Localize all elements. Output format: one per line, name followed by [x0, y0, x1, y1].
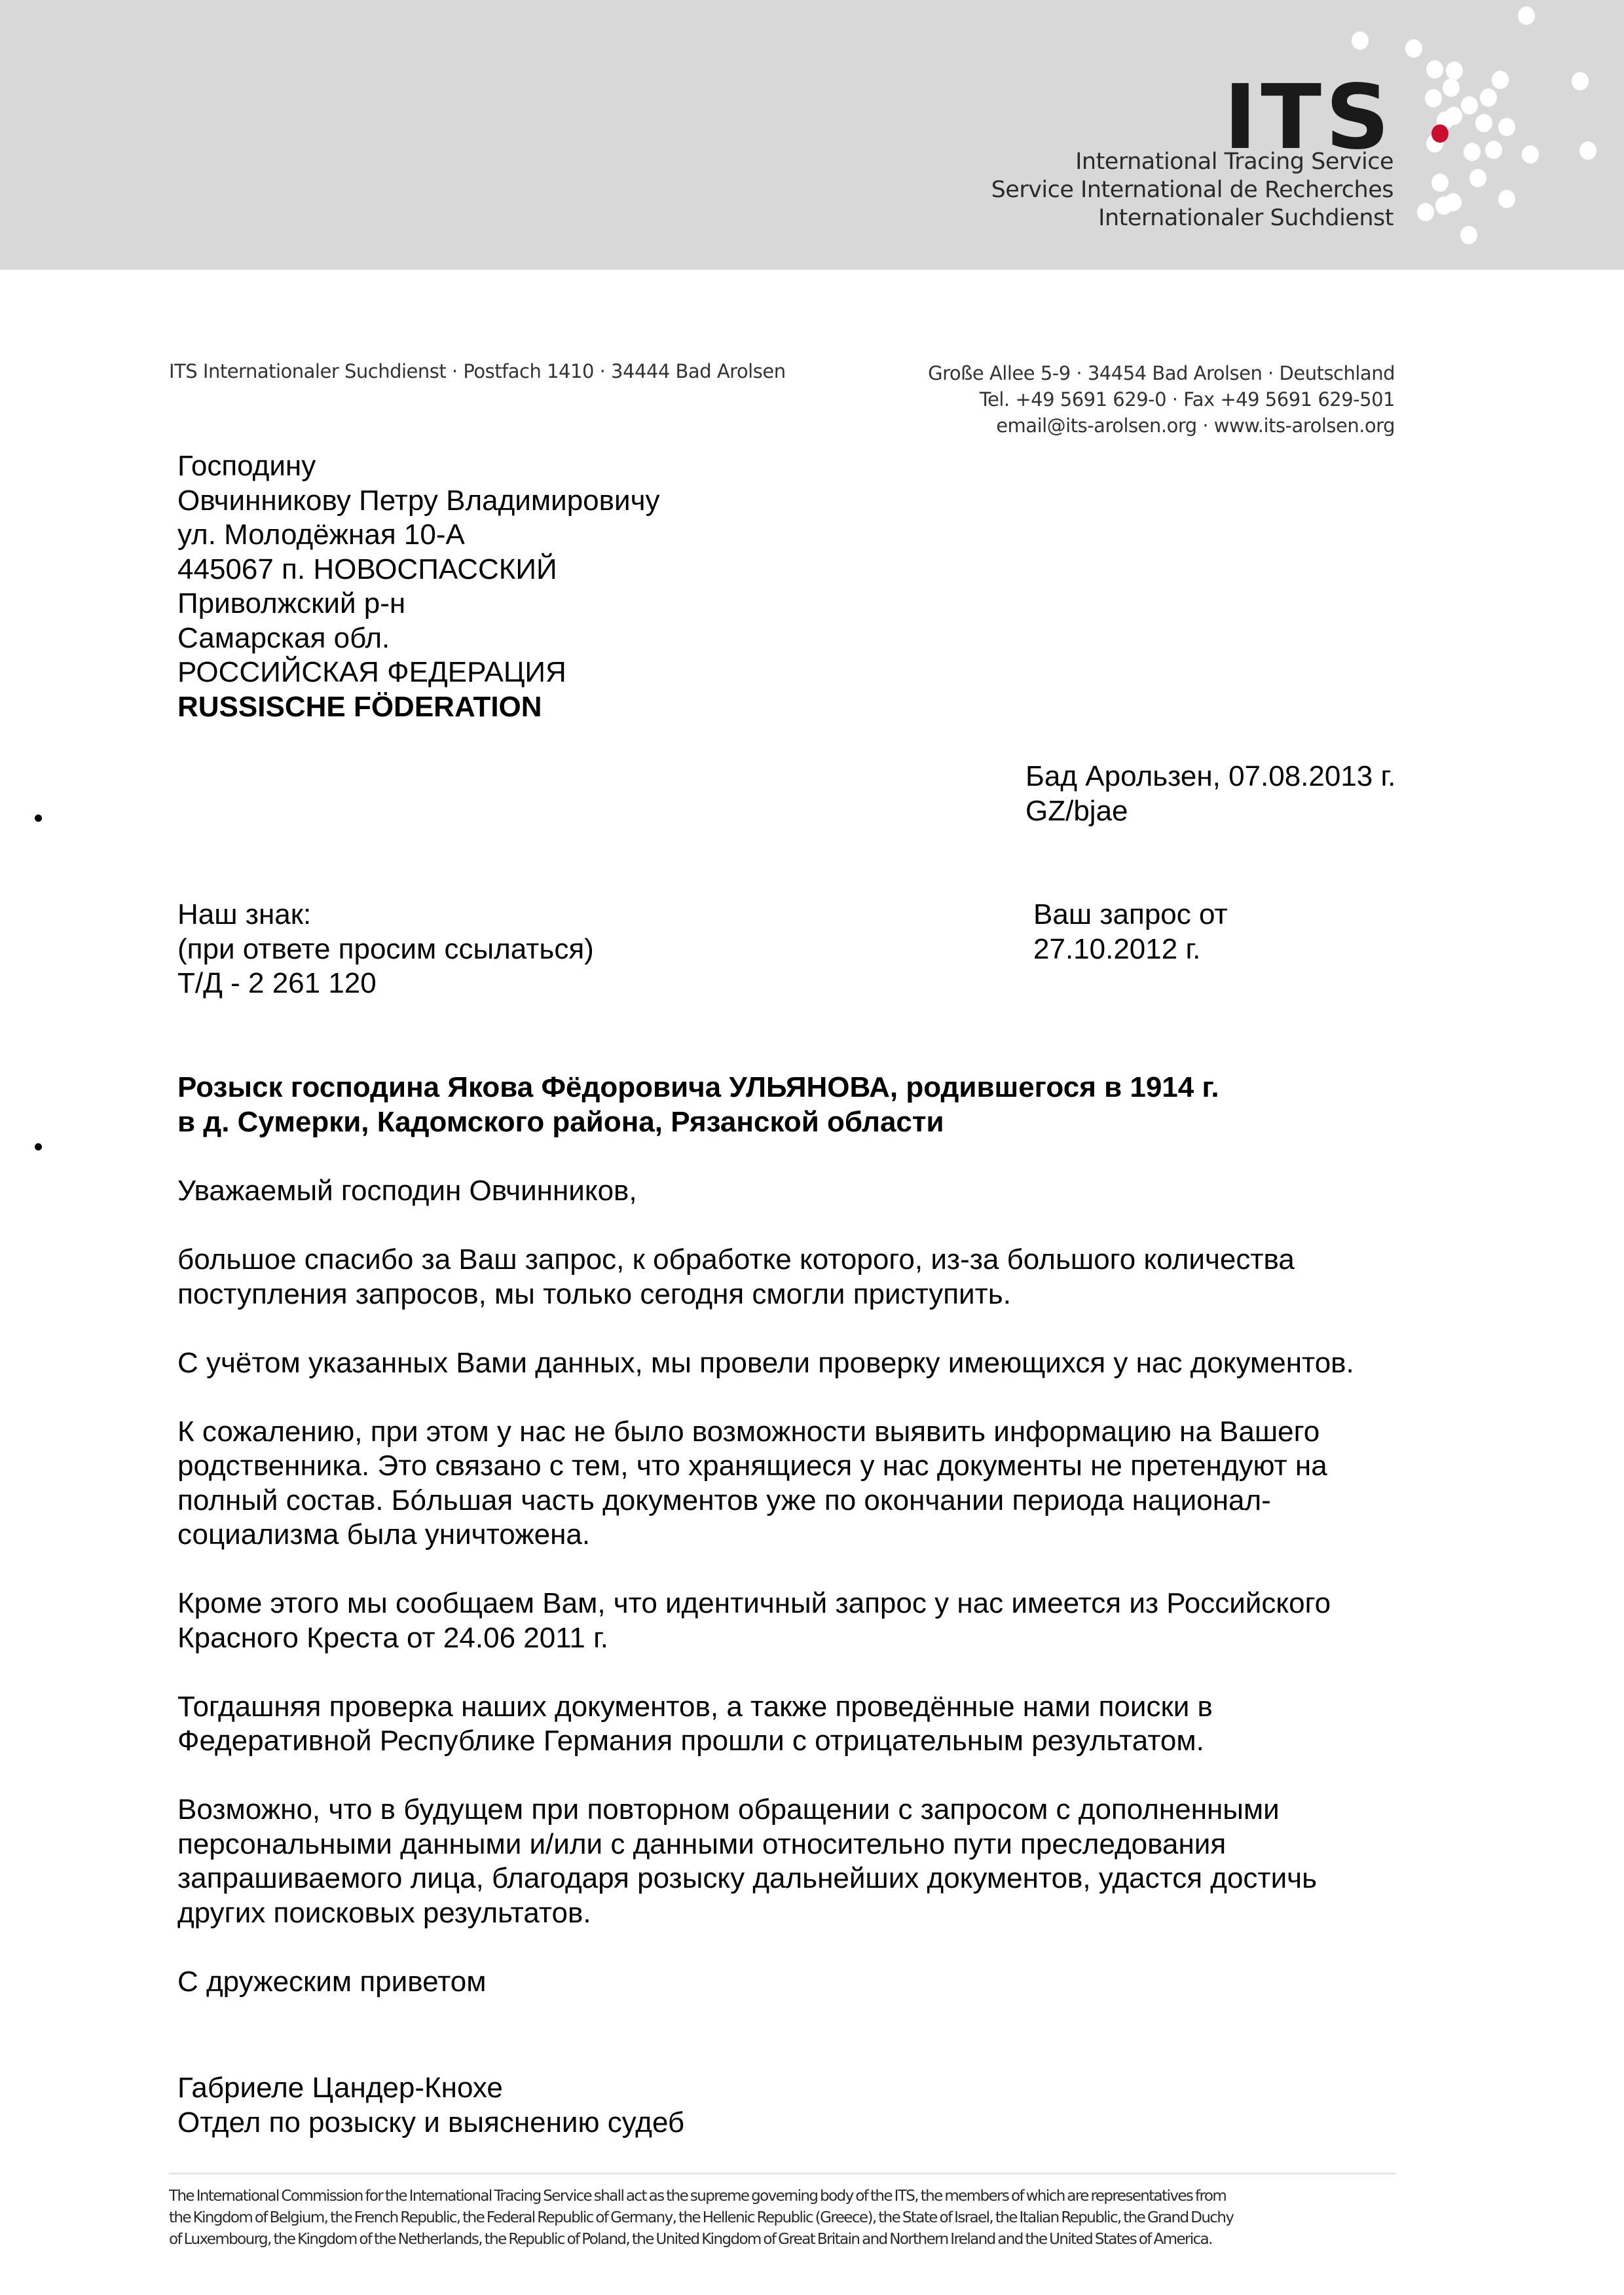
body-paragraph: Кроме этого мы сообщаем Вам, что идентич… — [177, 1587, 1422, 1655]
body-line: полный состав. Бóльшая часть документов … — [177, 1484, 1271, 1516]
sender-email-web: email@its-arolsen.org · www.its-arolsen.… — [928, 413, 1395, 439]
footer-divider — [169, 2173, 1396, 2175]
reference-initials: GZ/bjae — [1025, 794, 1395, 829]
logo-dot — [1572, 72, 1589, 90]
logo-dot — [1475, 114, 1492, 132]
subject-line: в д. Сумерки, Кадомского района, Рязанск… — [177, 1105, 1219, 1140]
margin-bullet-icon — [35, 815, 42, 822]
logo-dot — [1485, 141, 1502, 159]
your-reference-date: 27.10.2012 г. — [1033, 932, 1228, 967]
footer-legal-notice: The International Commission for the Int… — [169, 2186, 1396, 2250]
body-line: К сожалению, при этом у нас не было возм… — [177, 1416, 1319, 1448]
sender-contact: Große Allee 5-9 · 34454 Bad Arolsen · De… — [928, 360, 1395, 439]
org-name-de: Internationaler Suchdienst — [991, 204, 1393, 232]
body-line: персональными данными и/или с данными от… — [177, 1828, 1226, 1860]
our-reference-note: (при ответе просим ссылаться) — [177, 932, 594, 967]
logo-accent-dot — [1431, 124, 1449, 143]
logo-dot — [1461, 96, 1478, 115]
logo-dot — [1425, 89, 1442, 107]
recipient-line: ул. Молодёжная 10-А — [177, 518, 660, 553]
recipient-country: RUSSISCHE FÖDERATION — [177, 690, 660, 725]
body-paragraph: К сожалению, при этом у нас не было возм… — [177, 1415, 1422, 1552]
body-line: Федеративной Республике Германия прошли … — [177, 1725, 1204, 1757]
return-address: ITS Internationaler Suchdienst · Postfac… — [169, 360, 786, 382]
footer-line: of Luxembourg, the Kingdom of the Nether… — [169, 2229, 1396, 2250]
logo-dot — [1518, 7, 1535, 25]
body-line: Возможно, что в будущем при повторном об… — [177, 1793, 1280, 1826]
logo-dot — [1426, 134, 1443, 153]
margin-bullet-icon — [35, 1143, 42, 1150]
logo-dot — [1352, 31, 1369, 50]
logo-dot — [1431, 174, 1449, 192]
signature-block: Габриеле Цандер-Кнохе Отдел по розыску и… — [177, 2071, 684, 2140]
sender-phone-fax: Tel. +49 5691 629-0 · Fax +49 5691 629-5… — [928, 386, 1395, 413]
logo-dot — [1446, 62, 1463, 80]
logo-dot — [1492, 71, 1509, 89]
logo-dot — [1579, 141, 1596, 160]
body-paragraph: Возможно, что в будущем при повторном об… — [177, 1793, 1422, 1930]
logo-dot — [1426, 60, 1443, 79]
body-line: Тогдашняя проверка наших документов, а т… — [177, 1691, 1213, 1723]
body-paragraph: большое спасибо за Ваш запрос, к обработ… — [177, 1243, 1422, 1312]
body-line: других поисковых результатов. — [177, 1897, 591, 1929]
subject-line: Розыск господина Якова Фёдоровича УЛЬЯНО… — [177, 1071, 1219, 1105]
body-line: Красного Креста от 24.06 2011 г. — [177, 1622, 608, 1654]
recipient-line: Самарская обл. — [177, 621, 660, 656]
recipient-address: Господину Овчинникову Петру Владимирович… — [177, 449, 660, 724]
letterhead-band: ITS International Tracing Service Servic… — [0, 0, 1624, 270]
logo-dot — [1437, 111, 1454, 130]
place-date: Бад Арользен, 07.08.2013 г. GZ/bjae — [1025, 760, 1395, 828]
our-reference-value: Т/Д - 2 261 120 — [177, 966, 594, 1001]
logo-dot — [1480, 88, 1497, 107]
recipient-line: Господину — [177, 449, 660, 484]
org-name-fr: Service International de Recherches — [991, 176, 1393, 204]
body-line: запрашиваемого лица, благодаря розыску д… — [177, 1862, 1317, 1894]
body-line: Кроме этого мы сообщаем Вам, что идентич… — [177, 1587, 1331, 1619]
logo-dot — [1522, 145, 1539, 164]
logo-dot — [1443, 79, 1460, 97]
body-line: родственника. Это связано с тем, что хра… — [177, 1450, 1327, 1482]
recipient-line: РОССИЙСКАЯ ФЕДЕРАЦИЯ — [177, 655, 660, 690]
body-line: социализма была уничтожена. — [177, 1518, 590, 1551]
sender-street: Große Allee 5-9 · 34454 Bad Arolsen · De… — [928, 360, 1395, 386]
place-date-line: Бад Арользен, 07.08.2013 г. — [1025, 760, 1395, 794]
logo-dot — [1460, 226, 1477, 244]
footer-line: the Kingdom of Belgium, the French Repub… — [169, 2207, 1396, 2229]
signatory-name: Габриеле Цандер-Кнохе — [177, 2071, 684, 2106]
logo-dot — [1445, 193, 1462, 211]
recipient-line: 445067 п. НОВОСПАССКИЙ — [177, 553, 660, 587]
org-name-en: International Tracing Service — [991, 148, 1393, 176]
your-reference-label: Ваш запрос от — [1033, 898, 1228, 932]
your-reference: Ваш запрос от 27.10.2012 г. — [1033, 898, 1228, 966]
logo-dot — [1464, 143, 1481, 161]
footer-line: The International Commission for the Int… — [169, 2186, 1396, 2207]
recipient-line: Овчинникову Петру Владимировичу — [177, 484, 660, 519]
subject: Розыск господина Якова Фёдоровича УЛЬЯНО… — [177, 1071, 1219, 1139]
body-paragraph: С учётом указанных Вами данных, мы прове… — [177, 1346, 1422, 1381]
our-reference-label: Наш знак: — [177, 898, 594, 932]
salutation: Уважаемый господин Овчинников, — [177, 1174, 1422, 1209]
organization-names: International Tracing Service Service In… — [991, 148, 1393, 232]
body-line: поступления запросов, мы только сегодня … — [177, 1278, 1011, 1310]
body-line: большое спасибо за Ваш запрос, к обработ… — [177, 1243, 1295, 1276]
logo-dot — [1417, 203, 1434, 221]
our-reference: Наш знак: (при ответе просим ссылаться) … — [177, 898, 594, 1001]
logo-dot — [1405, 39, 1422, 58]
logo-dot — [1435, 196, 1452, 215]
logo-dot — [1498, 190, 1515, 208]
logo-dot — [1469, 169, 1486, 187]
signatory-department: Отдел по розыску и выяснению судеб — [177, 2106, 684, 2140]
closing: С дружеским приветом — [177, 1965, 1422, 2000]
logo-dot — [1445, 107, 1462, 125]
logo-dot — [1498, 118, 1515, 136]
recipient-line: Приволжский р-н — [177, 587, 660, 621]
body-line: С учётом указанных Вами данных, мы прове… — [177, 1347, 1354, 1379]
letter-body: Уважаемый господин Овчинников, большое с… — [177, 1174, 1422, 2034]
body-paragraph: Тогдашняя проверка наших документов, а т… — [177, 1690, 1422, 1759]
